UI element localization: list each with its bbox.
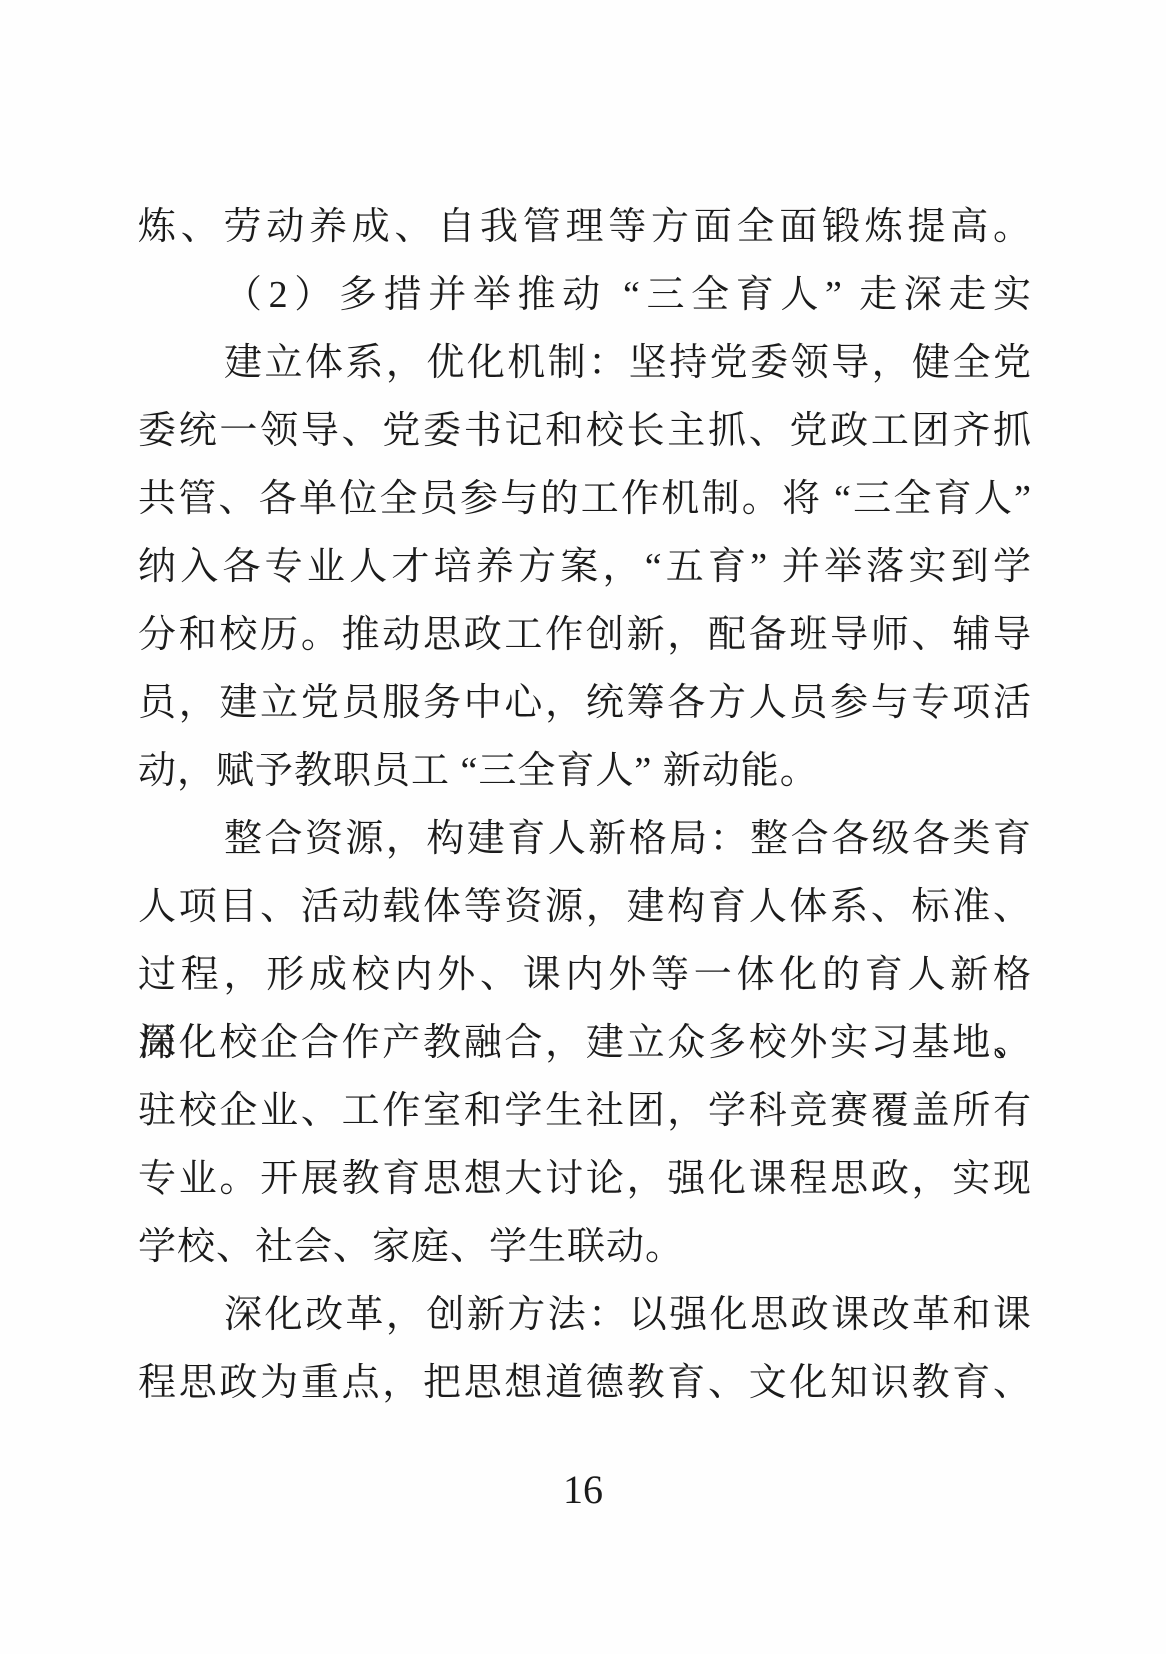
text-line: 专业。开展教育思想大讨论，强化课程思政，实现 [138,1145,1032,1213]
text-line: 炼、劳动养成、自我管理等方面全面锻炼提高。 [138,193,1032,261]
text-line: 人项目、活动载体等资源，建构育人体系、标准、 [138,873,1032,941]
text-line: 驻校企业、工作室和学生社团，学科竞赛覆盖所有 [138,1077,1032,1145]
text-line: 分和校历。推动思政工作创新，配备班导师、辅导 [138,601,1032,669]
page-number: 16 [0,1462,1166,1518]
text-line: 员，建立党员服务中心，统筹各方人员参与专项活 [138,669,1032,737]
text-line: 深化改革，创新方法：以强化思政课改革和课 [138,1281,1032,1349]
text-line: 纳入各专业人才培养方案，“五育” 并举落实到学 [138,533,1032,601]
text-line: 过程，形成校内外、课内外等一体化的育人新格局。 [138,941,1032,1009]
text-line: 学校、社会、家庭、学生联动。 [138,1213,1032,1281]
text-line: 程思政为重点，把思想道德教育、文化知识教育、 [138,1349,1032,1417]
text-line: （2）多措并举推动 “三全育人” 走深走实 [138,261,1032,329]
text-line: 委统一领导、党委书记和校长主抓、党政工团齐抓 [138,397,1032,465]
text-block: 炼、劳动养成、自我管理等方面全面锻炼提高。 （2）多措并举推动 “三全育人” 走… [138,193,1032,1417]
text-line: 动，赋予教职员工 “三全育人” 新动能。 [138,737,1032,805]
text-line: 建立体系，优化机制：坚持党委领导，健全党 [138,329,1032,397]
document-page: 炼、劳动养成、自我管理等方面全面锻炼提高。 （2）多措并举推动 “三全育人” 走… [0,0,1166,1654]
text-line: 深化校企合作产教融合，建立众多校外实习基地、 [138,1009,1032,1077]
text-line: 共管、各单位全员参与的工作机制。将 “三全育人” [138,465,1032,533]
text-line: 整合资源，构建育人新格局：整合各级各类育 [138,805,1032,873]
